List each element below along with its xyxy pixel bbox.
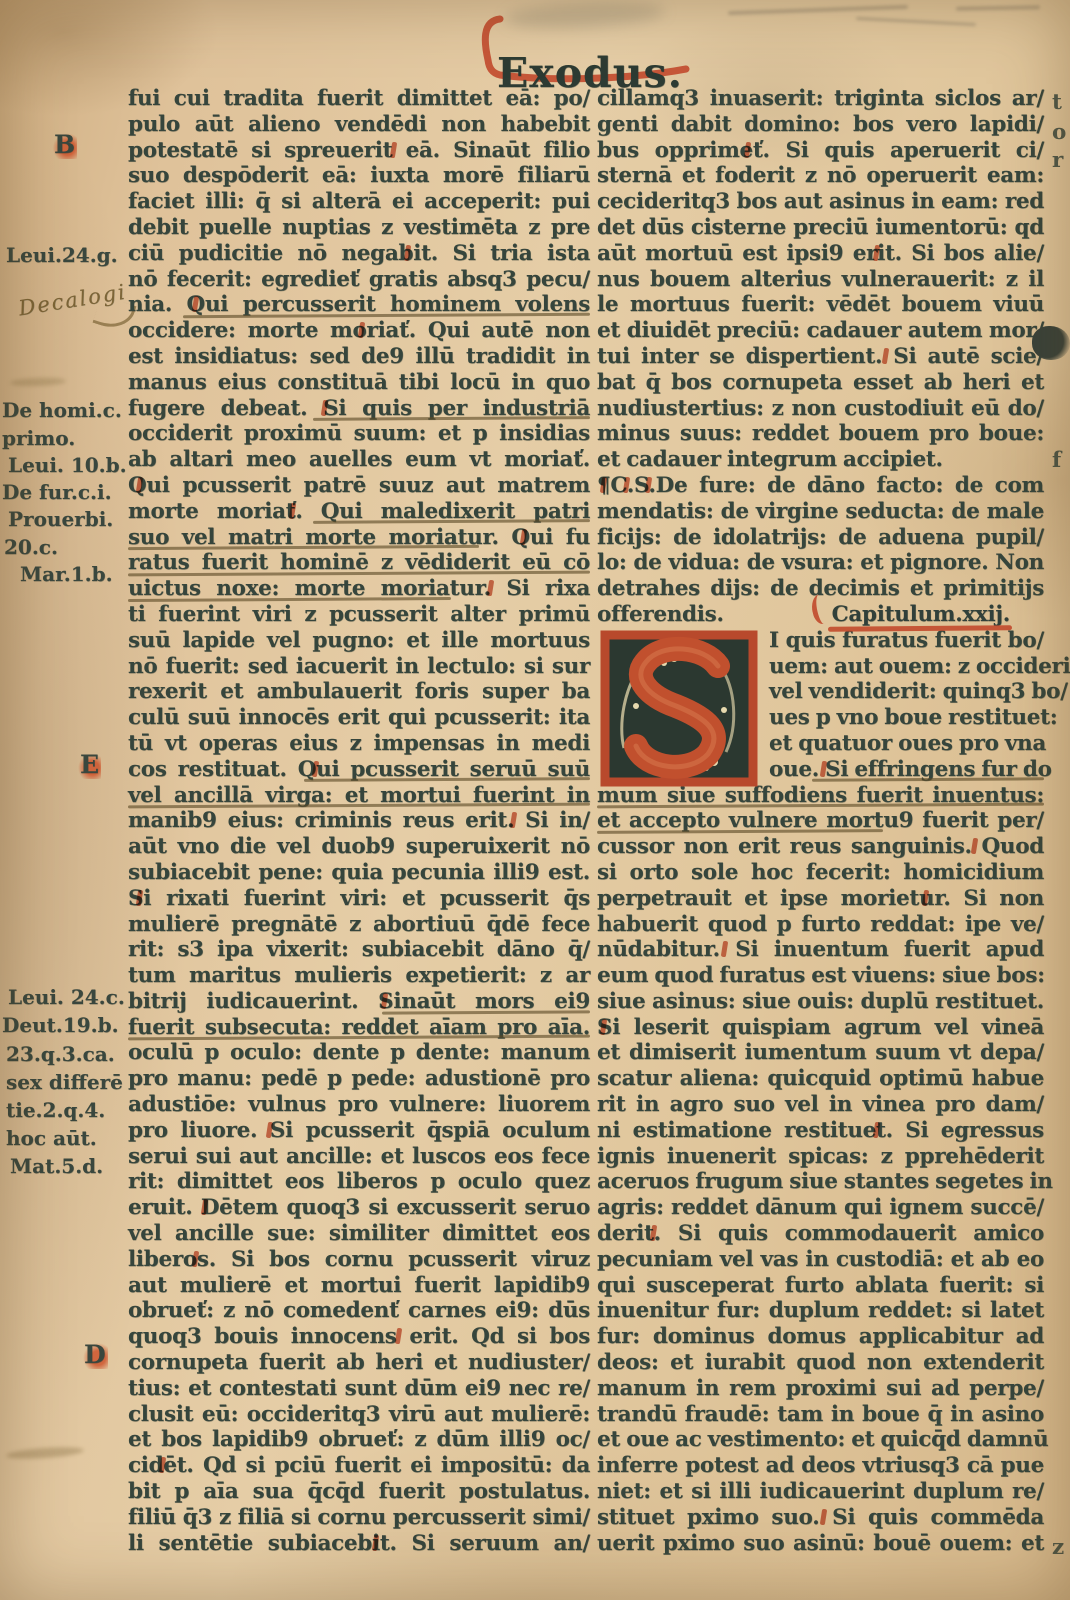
- margin-guide-letter: E: [78, 750, 101, 779]
- margin-guide-letter: D: [82, 1340, 108, 1369]
- cut-off-glyph: t: [1052, 90, 1062, 115]
- text-line: fui cui tradita fuerit dimittet eā: po/: [128, 86, 590, 112]
- printed-margin-citation: De fur.c.i.: [2, 480, 112, 504]
- manuscript-underline: [382, 1010, 590, 1014]
- text-line: est insidiatus: sed de9 illū tradidit in: [128, 344, 590, 370]
- text-line: inuenitur fur: duplum reddet: si latet: [597, 1298, 1044, 1324]
- text-line: pecuniam vel vas in custodiā: et ab eo: [597, 1247, 1044, 1273]
- cut-off-glyph: z: [1052, 1535, 1064, 1560]
- chapter-heading: Capitulum.xxij.: [832, 602, 1010, 628]
- text-line: le mortuus fuerit: vēdēt bouem viuū: [597, 292, 1044, 318]
- printed-margin-citation: Leui.24.g.: [6, 243, 118, 267]
- text-line: ficijs: de idolatrijs: de aduena pupil/: [597, 525, 1044, 551]
- text-line: bat q̄ bos cornupeta esset ab heri et: [597, 370, 1044, 396]
- text-line: tui inter se dispertient. Si autē scie/: [597, 344, 1044, 370]
- text-line: et bos lapidib9 obrueť: z dūm illi9 oc/: [128, 1427, 590, 1453]
- text-line: nudiustertius: z non custodiuit eū do/: [597, 396, 1044, 422]
- printed-margin-citation: Mat.5.d.: [10, 1154, 103, 1178]
- text-line: et dimiserit iumentum suum vt depa/: [597, 1040, 1044, 1066]
- text-column-left: fui cui tradita fuerit dimittet eā: po/p…: [128, 86, 590, 1557]
- printed-margin-citation: Mar.1.b.: [20, 562, 113, 586]
- text-line: Si rixati fuerint viri: et pcusserit q̄s: [128, 886, 590, 912]
- text-line: suū lapide vel pugno: et ille mortuus: [128, 628, 590, 654]
- text-line: minus suus: reddet bouem pro boue:: [597, 421, 1044, 447]
- text-line: subiacebit pene: quia pecunia illi9 est.: [128, 860, 590, 886]
- faint-handwriting: [10, 377, 66, 387]
- text-line: quoq3 bouis innocens erit. Qd si bos: [128, 1324, 590, 1350]
- text-line: det dūs cisterne preciū iumentorū: qd: [597, 215, 1044, 241]
- text-line: eruit. Dētem quoq3 si excusserit seruo: [128, 1195, 590, 1221]
- text-line: scatur aliena: quicquid optimū habue: [597, 1066, 1044, 1092]
- printed-margin-citation: sex differē: [6, 1070, 123, 1094]
- text-line: ab altari meo auelles eum vt moriať.: [128, 447, 590, 473]
- text-line: sternā et foderit z nō operuerit eam:: [597, 163, 1044, 189]
- cut-off-glyph: o: [1052, 120, 1066, 145]
- text-line: rit in agro suo vel in vinea pro dam/: [597, 1092, 1044, 1118]
- printed-margin-citation: tie.2.q.4.: [6, 1098, 105, 1122]
- text-line: si orto sole hoc fecerit: homicidium: [597, 860, 1044, 886]
- text-line: nus bouem alterius vulnerauerit: z il: [597, 267, 1044, 293]
- printed-margin-citation: primo.: [2, 426, 75, 450]
- text-line: adustiōe: vulnus pro vulnere: liuorem: [128, 1092, 590, 1118]
- text-line: manus eius constituā tibi locū in quo: [128, 370, 590, 396]
- text-line: et oue ac vestimento: et quicq̄d damnū: [597, 1427, 1044, 1453]
- section-end-text: offerendis.: [597, 602, 724, 628]
- text-line: habuerit quod p furto reddat: ipe ve/: [597, 912, 1044, 938]
- text-line: eum quod furatus est viuens: siue bos:: [597, 963, 1044, 989]
- text-line: trandū fraudē: tam in boue q̄ in asino: [597, 1402, 1044, 1428]
- cut-off-glyph: r: [1052, 148, 1063, 173]
- printed-margin-citation: Prouerbi.: [8, 507, 113, 531]
- text-line: qui susceperat furto ablata fuerit: si: [597, 1273, 1044, 1299]
- text-line: faciet illi: q̄ si alterā ei acceperit: …: [128, 189, 590, 215]
- text-line: bit p aīa sua q̄cq̄d fuerit postulatus.: [128, 1479, 590, 1505]
- text-line: ignis inuenerit spicas: z pprehēderit: [597, 1144, 1044, 1170]
- text-line: deos: et iurabit quod non extenderit: [597, 1350, 1044, 1376]
- text-line: tius: et contestati sunt dūm ei9 nec re/: [128, 1376, 590, 1402]
- text-line: nūdabitur. Si inuentum fuerit apud: [597, 937, 1044, 963]
- text-line: obrueť: z nō comedenť carnes ei9: dūs: [128, 1298, 590, 1324]
- margin-guide-letter: B: [52, 130, 77, 159]
- text-line: aceruos frugum siue stantes segetes in: [597, 1169, 1044, 1195]
- text-line: cidēt. Qd si pciū fuerit ei impositū: da: [128, 1453, 590, 1479]
- text-line: agris: reddet dānum qui ignem succē/: [597, 1195, 1044, 1221]
- decorated-initial-s: [600, 630, 758, 787]
- text-line: cecideritq3 bos aut asinus in eam: red: [597, 189, 1044, 215]
- text-line: mulierē pregnātē z abortiuū q̄dē fece: [128, 912, 590, 938]
- text-line: aūt mortuū est ipsi9 erit. Si bos alie/: [597, 241, 1044, 267]
- text-line: mendatis: de virgine seducta: de male: [597, 499, 1044, 525]
- text-line: cillamq3 inuaserit: triginta siclos ar/: [597, 86, 1044, 112]
- text-line: et cadauer integrum accipiet.: [597, 447, 1044, 473]
- printed-margin-citation: 23.q.3.ca.: [6, 1042, 115, 1066]
- text-line: genti dabit domino: bos vero lapidi/: [597, 112, 1044, 138]
- text-line: filiū q̄3 z filiā si cornu percusserit s…: [128, 1505, 590, 1531]
- text-line: culū suū innocēs erit qui pcusserit: ita: [128, 705, 590, 731]
- text-line: oculū p oculo: dente p dente: manum: [128, 1040, 590, 1066]
- text-line: ti fuerint viri z pcusserit alter primū: [128, 602, 590, 628]
- cut-off-glyph: f: [1052, 448, 1061, 473]
- text-line: perpetrauit et ipse morietur. Si non: [597, 886, 1044, 912]
- text-line: Qui pcusserit patrē suuz aut matrem: [128, 473, 590, 499]
- text-line: nō fuerit: sed iacuerit in lectulo: si s…: [128, 654, 590, 680]
- text-line: tum maritus mulieris expetierit: z ar: [128, 963, 590, 989]
- text-line: uerit pximo suo asinū: bouē ouem: et: [597, 1531, 1044, 1557]
- text-line: clusit eū: occideritq3 virū aut mulierē:: [128, 1402, 590, 1428]
- text-line: derit. Si quis commodauerit amico: [597, 1221, 1044, 1247]
- printed-margin-citation: Leui. 10.b.: [8, 453, 127, 477]
- text-line: manum in rem proximi sui ad perpe/: [597, 1376, 1044, 1402]
- marginalia-scribble: [856, 17, 976, 26]
- text-line: inferre potest ad deos vtriusq3 cā pue: [597, 1453, 1044, 1479]
- printed-margin-citation: Deut.19.b.: [2, 1013, 119, 1037]
- text-line: li sentētie subiacebit. Si seruum an/: [128, 1531, 590, 1557]
- text-line: potestatē si spreuerit eā. Sinaūt filio: [128, 138, 590, 164]
- text-line: cornupeta fuerit ab heri et nudiuster/: [128, 1350, 590, 1376]
- marginalia-scribble: [728, 5, 908, 15]
- text-line: rit: dimittet eos liberos p oculo quez: [128, 1169, 590, 1195]
- text-line: ¶C.S.De fure: de dāno facto: de com: [597, 473, 1044, 499]
- text-line: manib9 eius: criminis reus erit. Si in/: [128, 808, 590, 834]
- printed-margin-citation: De homi.c.: [2, 398, 122, 422]
- text-line: suo despōderit eā: iuxta morē filiarū: [128, 163, 590, 189]
- marginalia-scribble: [956, 5, 1040, 10]
- text-line: nō fecerit: egredieť gratis absq3 pecu/: [128, 267, 590, 293]
- printed-margin-citation: Leui. 24.c.: [8, 985, 125, 1009]
- printed-margin-citation: hoc aūt.: [6, 1126, 97, 1150]
- text-line: tū vt operas eius z impensas in medi: [128, 731, 590, 757]
- text-line: rexerit et ambulauerit foris super ba: [128, 679, 590, 705]
- text-line: niet: et si illi iudicauerint duplum re/: [597, 1479, 1044, 1505]
- text-line: lo: de vidua: de vsura: et pignore. Non: [597, 550, 1044, 576]
- text-line: siue asinus: siue ouis: duplū restituet.: [597, 989, 1044, 1015]
- text-line: pro manu: pedē p pede: adustionē pro: [128, 1066, 590, 1092]
- text-line: pulo aūt alieno vendēdi non habebit: [128, 112, 590, 138]
- ink-blob: [1032, 326, 1070, 360]
- text-line: aūt vno die vel duob9 superuixerit nō: [128, 834, 590, 860]
- printed-margin-citation: 20.c.: [4, 535, 58, 559]
- text-line: fur: dominus domus applicabitur ad: [597, 1324, 1044, 1350]
- text-line: aut mulierē et mortui fuerit lapidib9: [128, 1273, 590, 1299]
- text-line: debit puelle nuptias z vestimēta z pre: [128, 215, 590, 241]
- text-line: ni estimatione restituet. Si egressus: [597, 1118, 1044, 1144]
- text-line: vel ancille sue: similiter dimittet eos: [128, 1221, 590, 1247]
- faint-handwriting: [6, 1445, 85, 1460]
- text-line: offerendis.Capitulum.xxij.: [597, 602, 1044, 628]
- text-column-right: cillamq3 inuaserit: triginta siclos ar/g…: [597, 86, 1044, 1557]
- text-line: occiderit proximū suum: et p insidias: [128, 421, 590, 447]
- text-line: pro liuore. Si pcusserit q̄spiā oculum: [128, 1118, 590, 1144]
- text-line: et diuidēt preciū: cadauer autem mor/: [597, 318, 1044, 344]
- text-line: serui sui aut ancille: et luscos eos fec…: [128, 1144, 590, 1170]
- text-line: Si leserit quispiam agrum vel vineā: [597, 1015, 1044, 1041]
- text-line: bus opprimeť. Si quis aperuerit ci/: [597, 138, 1044, 164]
- text-line: ciū pudicitie nō negabit. Si tria ista: [128, 241, 590, 267]
- text-line: rit: s3 ipa vixerit: subiacebit dāno q̄/: [128, 937, 590, 963]
